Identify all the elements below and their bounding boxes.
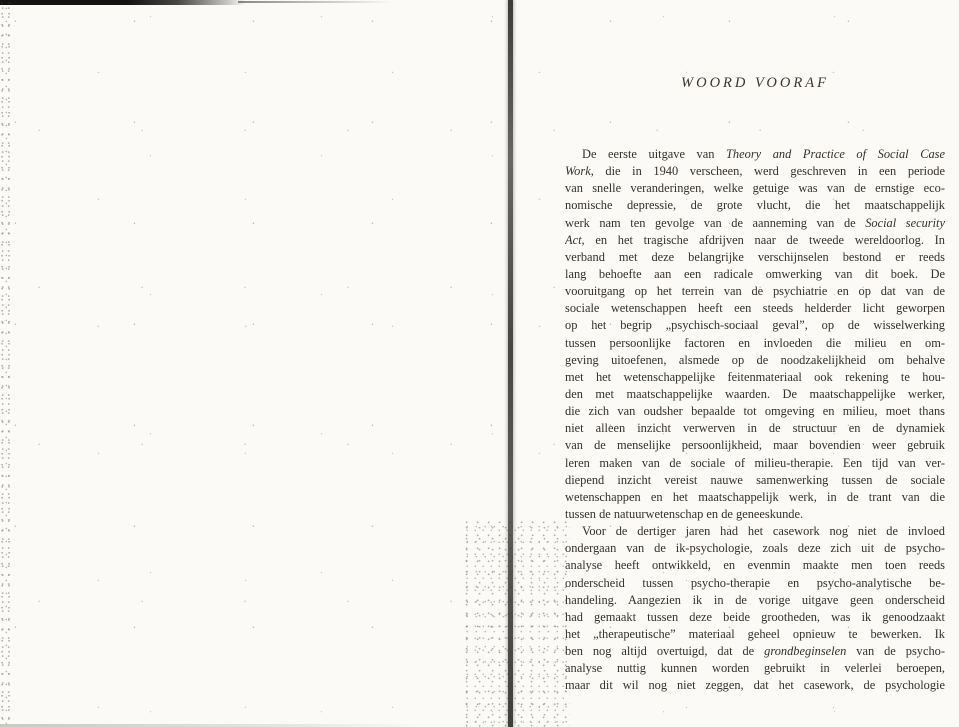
text-segment: analyse heeft ontwikkeld, en evenmin maa… xyxy=(565,558,945,572)
text-segment: , en het tragische afdrijven naar de twe… xyxy=(582,233,945,247)
text-line: maar dit wil nog niet zeggen, dat het ca… xyxy=(565,677,945,694)
text-line: wetenschappen en het maatschappelijk wer… xyxy=(565,489,945,506)
text-line: tussen de natuurwetenschap en de geneesk… xyxy=(565,506,945,523)
text-segment: diepend inzicht vereist nauwe samenwerki… xyxy=(565,473,945,487)
text-line: niet alleen inzicht verwerven in de stru… xyxy=(565,420,945,437)
text-segment: had gemaakt tussen deze beide grootheden… xyxy=(565,610,945,624)
text-segment: Work xyxy=(565,164,591,178)
text-segment: wetenschappen en het maatschappelijk wer… xyxy=(565,490,945,504)
text-segment: Voor de dertiger jaren had het casework … xyxy=(582,524,945,538)
text-segment: van de menselijke persoonlijkheid, maar … xyxy=(565,438,945,452)
text-segment: geving uitoefenen, alsmede op de noodzak… xyxy=(565,353,945,367)
text-segment: het „therapeutische” materiaal geheel op… xyxy=(565,627,945,641)
text-line: die zich van oudsher bepaalde tot omgevi… xyxy=(565,403,945,420)
text-segment: leren maken van de sociale of milieu-the… xyxy=(565,456,945,470)
text-segment: sociale wetenschappen heeft een steeds h… xyxy=(565,301,945,315)
text-line: geving uitoefenen, alsmede op de noodzak… xyxy=(565,352,945,369)
text-line: van snelle veranderingen, welke getuige … xyxy=(565,180,945,197)
text-segment: van de psycho- xyxy=(846,644,945,658)
text-segment: met het wetenschappelijke feitenmateriaa… xyxy=(565,370,945,384)
text-segment: handeling. Aangezien ik in de vorige uit… xyxy=(565,593,945,607)
text-line: het „therapeutische” materiaal geheel op… xyxy=(565,626,945,643)
text-segment: lang behoefte aan een radicale omwerking… xyxy=(565,267,945,281)
text-line: tussen persoonlijke factoren en invloede… xyxy=(565,335,945,352)
text-segment: die zich van oudsher bepaalde tot omgevi… xyxy=(565,404,945,418)
book-scan: WOORD VOORAF De eerste uitgave van Theor… xyxy=(0,0,959,727)
text-segment: vooruitgang op het terrein van de psychi… xyxy=(565,284,945,298)
text-line: Work, die in 1940 verscheen, werd geschr… xyxy=(565,163,945,180)
text-line: analyse heeft ontwikkeld, en evenmin maa… xyxy=(565,557,945,574)
text-line: ben nog altijd overtuigd, dat de grondbe… xyxy=(565,643,945,660)
text-line: nomische depressie, de grote vlucht, die… xyxy=(565,197,945,214)
text-line: leren maken van de sociale of milieu-the… xyxy=(565,455,945,472)
text-segment: verband met deze belangrijke verschijnse… xyxy=(565,250,945,264)
text-segment: op het begrip „psychisch-sociaal geval”,… xyxy=(565,318,945,332)
text-segment: onderscheid tussen psycho-therapie en ps… xyxy=(565,576,945,590)
text-line: diepend inzicht vereist nauwe samenwerki… xyxy=(565,472,945,489)
text-line: De eerste uitgave van Theory and Practic… xyxy=(565,146,945,163)
text-line: had gemaakt tussen deze beide grootheden… xyxy=(565,609,945,626)
text-line: vooruitgang op het terrein van de psychi… xyxy=(565,283,945,300)
text-segment: Act xyxy=(565,233,582,247)
text-line: lang behoefte aan een radicale omwerking… xyxy=(565,266,945,283)
text-line: Voor de dertiger jaren had het casework … xyxy=(565,523,945,540)
text-segment: De eerste uitgave van xyxy=(582,147,726,161)
text-line: werk nam ten gevolge van de aanneming va… xyxy=(565,215,945,232)
text-segment: van snelle veranderingen, welke getuige … xyxy=(565,181,945,195)
text-segment: Theory and Practice of Social Case xyxy=(726,147,945,161)
text-segment: analyse nuttig kunnen worden gebruikt in… xyxy=(565,661,945,675)
text-line: analyse nuttig kunnen worden gebruikt in… xyxy=(565,660,945,677)
text-line: op het begrip „psychisch-sociaal geval”,… xyxy=(565,317,945,334)
text-segment: ondergaan van de ik-psychologie, zoals d… xyxy=(565,541,945,555)
text-line: met het wetenschappelijke feitenmateriaa… xyxy=(565,369,945,386)
text-segment: , die in 1940 verscheen, werd geschreven… xyxy=(591,164,945,178)
text-line: ondergaan van de ik-psychologie, zoals d… xyxy=(565,540,945,557)
text-segment: niet alleen inzicht verwerven in de stru… xyxy=(565,421,945,435)
left-page-blank xyxy=(0,0,508,727)
text-line: van de menselijke persoonlijkheid, maar … xyxy=(565,437,945,454)
text-line: handeling. Aangezien ik in de vorige uit… xyxy=(565,592,945,609)
text-segment: nomische depressie, de grote vlucht, die… xyxy=(565,198,945,212)
text-line: Act, en het tragische afdrijven naar de … xyxy=(565,232,945,249)
text-segment: maar dit wil nog niet zeggen, dat het ca… xyxy=(565,678,945,692)
text-segment: ben nog altijd overtuigd, dat de xyxy=(565,644,764,658)
text-segment: den met maatschappelijke waarden. De maa… xyxy=(565,387,945,401)
text-segment: tussen persoonlijke factoren en invloede… xyxy=(565,336,945,350)
page-title: WOORD VOORAF xyxy=(565,75,945,92)
text-line: verband met deze belangrijke verschijnse… xyxy=(565,249,945,266)
text-segment: grondbeginselen xyxy=(764,644,846,658)
text-line: den met maatschappelijke waarden. De maa… xyxy=(565,386,945,403)
text-line: onderscheid tussen psycho-therapie en ps… xyxy=(565,575,945,592)
body-text: De eerste uitgave van Theory and Practic… xyxy=(565,146,945,695)
text-segment: Social security xyxy=(865,216,945,230)
text-segment: tussen de natuurwetenschap en de geneesk… xyxy=(565,507,803,521)
text-segment: werk nam ten gevolge van de aanneming va… xyxy=(565,216,865,230)
text-line: sociale wetenschappen heeft een steeds h… xyxy=(565,300,945,317)
